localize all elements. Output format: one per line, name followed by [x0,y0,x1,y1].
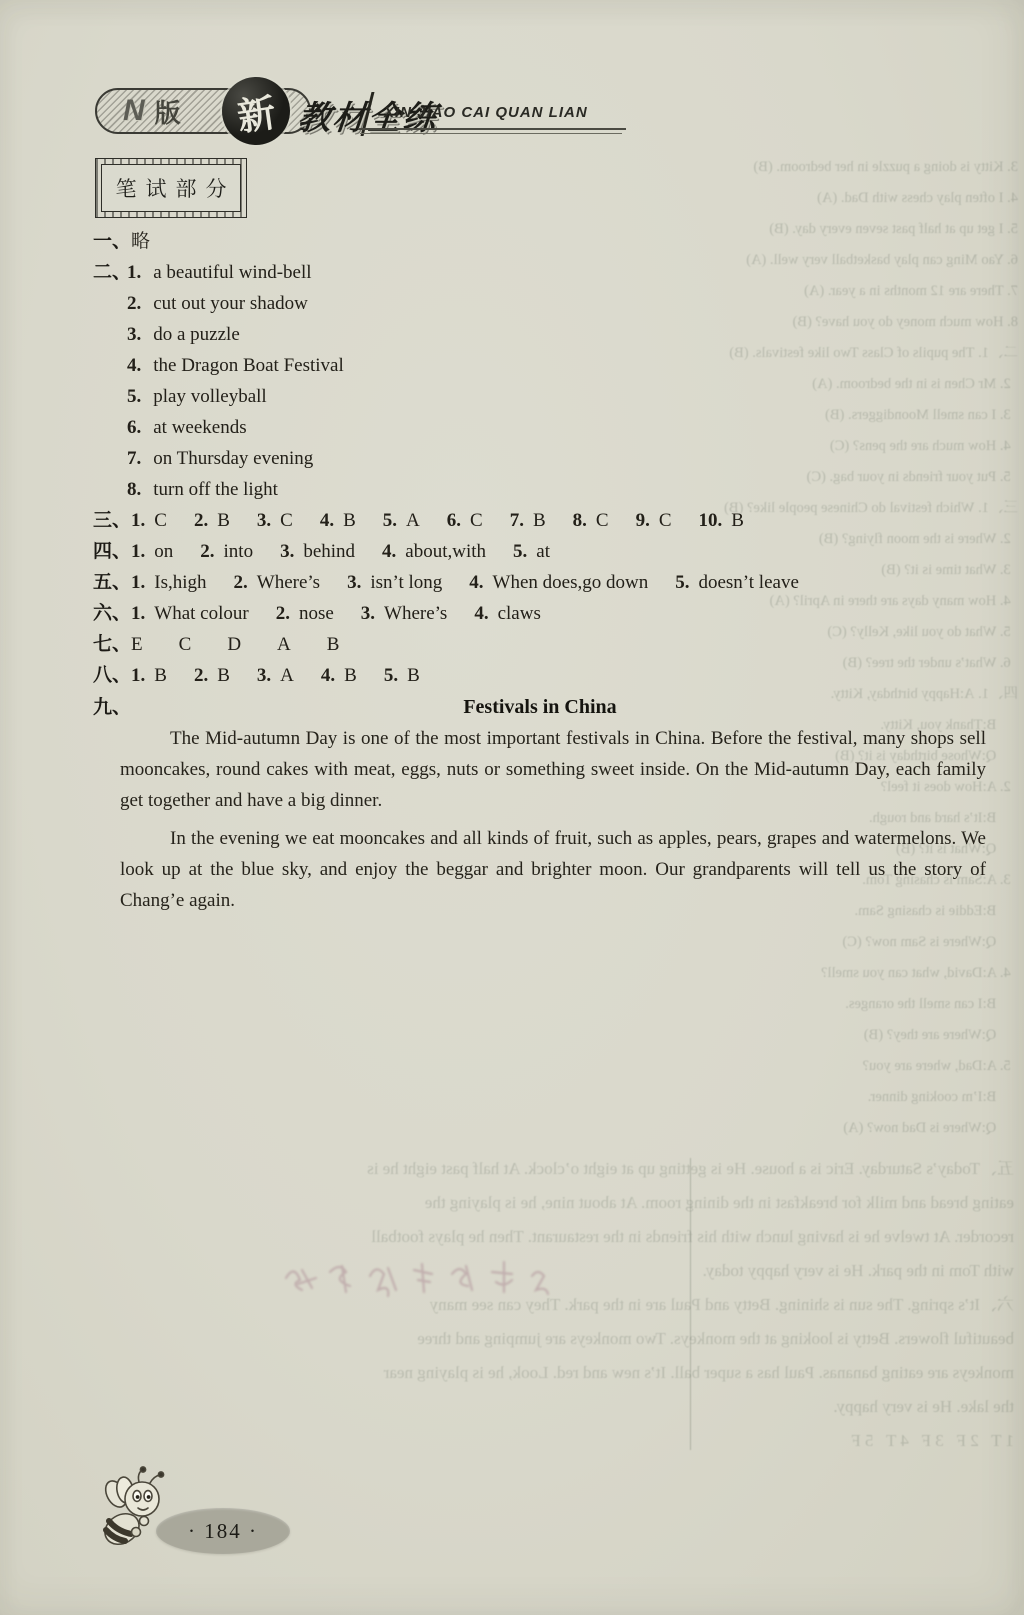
item-answer: on [154,541,173,562]
answer-pair: 3.A [257,665,294,686]
scanned-answer-page: 3. Kitty is doing a puzzle in her bedroo… [0,0,1024,1615]
item-answer: A [406,510,420,531]
section-label: 六、 [93,603,131,624]
item-text: do a puzzle [153,324,240,345]
item-number: 2. [234,572,248,593]
answer-pair: 10.B [699,510,744,531]
item-answer: about,with [405,541,486,562]
item-answer: behind [303,541,355,562]
item-number: 1. [131,603,145,624]
essay-header: 九、 Festivals in China [93,692,987,723]
answer-row-8: 八、1.B2.B3.A4.B5.B [93,660,987,691]
answer-content: 一、略 二、 1.a beautiful wind-bell2.cut out … [93,226,987,916]
list-item: 2.cut out your shadow [127,288,987,319]
item-number: 4. [382,541,396,562]
section-label: 二、 [93,257,131,288]
item-answer: A [280,665,294,686]
answer-pair: 3.behind [280,541,355,562]
section-label: 五、 [93,572,131,593]
answer-text: 略 [131,231,150,252]
section-label: 一、 [93,231,131,252]
answer-row-5: 五、1.Is,high2.Where’s3.isn’t long4.When d… [93,567,987,598]
edition-letter: N [123,94,145,128]
item-answer: B [533,510,546,531]
item-answer: C [596,510,609,531]
item-number: 5. [127,386,141,407]
answer-pair: 2.nose [276,603,334,624]
item-number: 2. [200,541,214,562]
item-answer: C [154,510,167,531]
item-answer: Where’s [384,603,447,624]
answer-letters: ECDAB [131,634,375,655]
item-number: 2. [127,293,141,314]
written-test-section-inner: 笔试部分 [101,164,241,212]
section-label: 三、 [93,510,131,531]
item-text: turn off the light [153,479,278,500]
item-answer: nose [299,603,334,624]
item-text: the Dragon Boat Festival [153,355,344,376]
answer-pair: 3.Where’s [361,603,448,624]
item-answer: C [659,510,672,531]
item-number: 5. [384,665,398,686]
list-item: 6.at weekends [127,412,987,443]
page-number: · 184 · [188,1519,258,1544]
answer-pairs: 1.What colour2.nose3.Where’s4.claws [131,603,568,624]
item-answer: What colour [154,603,248,624]
answer-pair: 1.Is,high [131,572,207,593]
essay-paragraph-1: The Mid-autumn Day is one of the most im… [120,723,986,816]
written-test-label: 笔试部分 [107,173,236,203]
item-answer: isn’t long [370,572,442,593]
item-number: 3. [280,541,294,562]
answer-pair: 3.C [257,510,293,531]
item-number: 7. [510,510,524,531]
item-answer: B [217,665,230,686]
answer-pair: 3.isn’t long [347,572,442,593]
item-answer: claws [498,603,541,624]
section-label: 八、 [93,665,131,686]
list-item: 8.turn off the light [127,474,987,505]
brand-header: N 版 新 教材全练 XIN JIAO CAI QUAN LIAN [0,0,1024,150]
answer-pair: 4.claws [474,603,541,624]
answer-pair: 7.B [510,510,546,531]
item-answer: Where’s [257,572,320,593]
answer-pair: 5.doesn’t leave [675,572,799,593]
item-answer: B [731,510,744,531]
item-number: 3. [257,510,271,531]
item-answer: Is,high [154,572,206,593]
handwriting-blot [268,1248,558,1310]
answer-pair: 2.B [194,665,230,686]
item-number: 9. [636,510,650,531]
answer-pair: 2.B [194,510,230,531]
item-answer: doesn’t leave [698,572,798,593]
item-number: 4. [320,510,334,531]
item-text: play volleyball [153,386,266,407]
answer-row-2: 二、 1.a beautiful wind-bell2.cut out your… [93,257,987,505]
answer-pair: 1.C [131,510,167,531]
new-char: 新 [233,81,278,141]
item-answer: B [344,665,357,686]
item-number: 4. [321,665,335,686]
header-rule-top [358,128,626,130]
item-text: cut out your shadow [153,293,308,314]
answer-row-3: 三、1.C2.B3.C4.B5.A6.C7.B8.C9.C10.B [93,505,987,536]
item-answer: B [327,634,340,655]
item-text: on Thursday evening [153,448,313,469]
item-number: 4. [127,355,141,376]
item-number: 5. [383,510,397,531]
answer-list: 1.a beautiful wind-bell2.cut out your sh… [127,257,987,505]
section-label: 四、 [93,541,131,562]
item-number: 7. [127,448,141,469]
list-item: 4.the Dragon Boat Festival [127,350,987,381]
essay-paragraph-2: In the evening we eat mooncakes and all … [120,823,986,916]
answer-pair: 4.B [321,665,357,686]
item-number: 2. [276,603,290,624]
bleedthrough-divider-line [690,1158,691,1450]
item-answer: into [224,541,254,562]
item-answer: B [154,665,167,686]
written-test-section-box: 笔试部分 [95,158,247,218]
answer-pair: 1.B [131,665,167,686]
answer-pair: 2.into [200,541,253,562]
answer-pair: 4.about,with [382,541,486,562]
item-number: 3. [347,572,361,593]
answer-pair: 9.C [636,510,672,531]
answer-pair: 2.Where’s [234,572,321,593]
item-number: 1. [131,510,145,531]
item-number: 10. [699,510,723,531]
series-pinyin: XIN JIAO CAI QUAN LIAN [384,104,588,121]
item-number: 2. [194,665,208,686]
item-answer: D [227,634,241,655]
answer-pair: 6.C [447,510,483,531]
list-item: 3.do a puzzle [127,319,987,350]
answer-pair: 1.on [131,541,173,562]
item-number: 5. [513,541,527,562]
page-footer: · 184 · [92,1466,332,1566]
item-answer: C [280,510,293,531]
item-answer: E [131,634,143,655]
answer-pair: 5.at [513,541,550,562]
answer-pair: 1.What colour [131,603,249,624]
item-answer: B [407,665,420,686]
list-item: 7.on Thursday evening [127,443,987,474]
essay-section: 九、 Festivals in China The Mid-autumn Day… [93,692,987,916]
answer-pair: 5.B [384,665,420,686]
edition-char: 版 [155,93,181,130]
item-text: a beautiful wind-bell [153,262,311,283]
answer-pair: 8.C [573,510,609,531]
header-rule-bottom [360,133,622,134]
item-answer: A [277,634,291,655]
item-number: 3. [127,324,141,345]
answer-row-6: 六、1.What colour2.nose3.Where’s4.claws [93,598,987,629]
item-number: 1. [131,541,145,562]
section-label: 九、 [93,692,131,723]
item-number: 6. [447,510,461,531]
answer-pairs: 1.on2.into3.behind4.about,with5.at [131,541,577,562]
item-answer: at [536,541,550,562]
item-number: 5. [675,572,689,593]
answer-pair: 4.When does,go down [469,572,648,593]
new-badge-icon: 新 [222,77,290,145]
item-number: 4. [469,572,483,593]
answer-pairs: 1.B2.B3.A4.B5.B [131,665,447,686]
list-item: 1.a beautiful wind-bell [127,257,987,288]
item-number: 3. [361,603,375,624]
item-number: 1. [131,665,145,686]
item-number: 8. [573,510,587,531]
item-answer: B [343,510,356,531]
item-number: 1. [131,572,145,593]
item-number: 8. [127,479,141,500]
item-number: 3. [257,665,271,686]
item-answer: When does,go down [493,572,649,593]
section-label: 七、 [93,634,131,655]
answer-row-1: 一、略 [93,226,987,257]
item-answer: C [179,634,192,655]
item-number: 2. [194,510,208,531]
item-text: at weekends [153,417,246,438]
item-number: 4. [474,603,488,624]
page-number-badge: · 184 · [156,1508,290,1554]
item-number: 6. [127,417,141,438]
answer-pairs: 1.C2.B3.C4.B5.A6.C7.B8.C9.C10.B [131,510,771,531]
answer-pairs: 1.Is,high2.Where’s3.isn’t long4.When doe… [131,572,826,593]
item-answer: C [470,510,483,531]
item-answer: B [217,510,230,531]
essay-title: Festivals in China [93,692,987,723]
answer-pair: 5.A [383,510,420,531]
answer-pair: 4.B [320,510,356,531]
answer-row-4: 四、1.on2.into3.behind4.about,with5.at [93,536,987,567]
answer-row-7: 七、ECDAB [93,629,987,660]
list-item: 5.play volleyball [127,381,987,412]
